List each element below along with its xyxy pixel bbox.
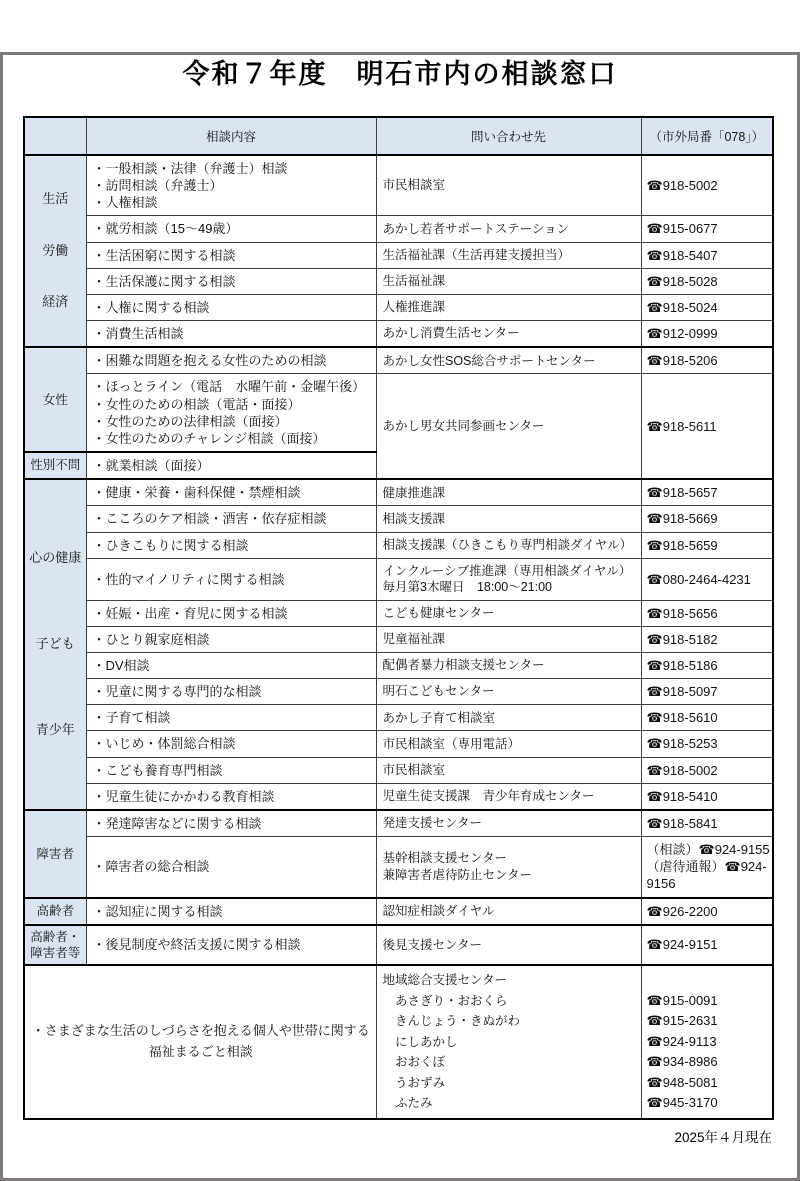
table-row: ・妊娠・出産・育児に関する相談 こども健康センター ☎918-5656	[24, 600, 773, 626]
phone-cell: ☎915-0677	[641, 216, 773, 242]
category-cell-women: 女性	[24, 347, 86, 452]
category-cell-elderly-disabled: 高齢者・ 障害者等	[24, 925, 86, 966]
content-cell: ・ほっとライン（電話 水曜午前・金曜午後） ・女性のための相談（電話・面接） ・…	[86, 374, 376, 452]
content-cell: ・いじめ・体罰総合相談	[86, 731, 376, 757]
table-row: 高齢者・ 障害者等 ・後見制度や終活支援に関する相談 後見支援センター ☎924…	[24, 925, 773, 966]
contact-cell: 基幹相談支援センター 兼障害者虐待防止センター	[376, 837, 641, 898]
table-row: ・児童に関する専門的な相談 明石こどもセンター ☎918-5097	[24, 679, 773, 705]
category-label: 心の健康	[29, 550, 81, 567]
phone-cell: ☎080-2464-4231	[641, 558, 773, 600]
category-label-group: 心の健康 子ども 青少年	[25, 480, 86, 809]
phone-cell: ☎918-5206	[641, 347, 773, 374]
content-cell: ・ひとり親家庭相談	[86, 626, 376, 652]
table-row: ・児童生徒にかかわる教育相談 児童生徒支援課 青少年育成センター ☎918-54…	[24, 783, 773, 810]
phone-cell: ☎918-5410	[641, 783, 773, 810]
header-phone-cell: （市外局番「078」）	[641, 117, 773, 155]
content-cell: ・発達障害などに関する相談	[86, 810, 376, 837]
contact-cell: 児童福祉課	[376, 626, 641, 652]
category-label: 経済	[42, 294, 68, 311]
contact-cell: 配偶者暴力相談支援センター	[376, 652, 641, 678]
category-label: 青少年	[36, 722, 75, 739]
category-cell-life-labor-economy: 生活 労働 経済	[24, 155, 86, 347]
contact-cell: あかし男女共同参画センター	[376, 374, 641, 479]
table-row: ・生活困窮に関する相談 生活福祉課（生活再建支援担当） ☎918-5407	[24, 242, 773, 268]
phone-cell: ☎918-5657	[641, 479, 773, 506]
phone-cell: ☎918-5253	[641, 731, 773, 757]
contact-cell: 市民相談室	[376, 757, 641, 783]
table-header-row: 相談内容 問い合わせ先 （市外局番「078」）	[24, 117, 773, 155]
phone-cell: ☎918-5097	[641, 679, 773, 705]
table-row: 高齢者 ・認知症に関する相談 認知症相談ダイヤル ☎926-2200	[24, 898, 773, 925]
table-row: ・さまざまな生活のしづらさを抱える個人や世帯に関する 福祉まるごと相談 地域総合…	[24, 965, 773, 1119]
category-cell-any-gender: 性別不問	[24, 452, 86, 479]
phone-cell: ☎918-5024	[641, 294, 773, 320]
table-row: ・障害者の総合相談 基幹相談支援センター 兼障害者虐待防止センター （相談）☎9…	[24, 837, 773, 898]
phone-cell: ☎918-5841	[641, 810, 773, 837]
contact-cell: 市民相談室	[376, 155, 641, 216]
contact-cell: 生活福祉課	[376, 268, 641, 294]
phone-cell: ☎918-5669	[641, 506, 773, 532]
category-label-group: 生活 労働 経済	[25, 156, 86, 346]
contact-cell: 生活福祉課（生活再建支援担当）	[376, 242, 641, 268]
phone-cell: ☎912-0999	[641, 321, 773, 348]
table-row: 女性 ・困難な問題を抱える女性のための相談 あかし女性SOS総合サポートセンター…	[24, 347, 773, 374]
phone-cell: ☎926-2200	[641, 898, 773, 925]
table-row: ・生活保護に関する相談 生活福祉課 ☎918-5028	[24, 268, 773, 294]
consultation-table: 相談内容 問い合わせ先 （市外局番「078」） 生活 労働 経済 ・一般相談・法…	[23, 116, 774, 1120]
contact-cell: 相談支援課	[376, 506, 641, 532]
contact-cell: 後見支援センター	[376, 925, 641, 966]
contact-cell: こども健康センター	[376, 600, 641, 626]
content-cell: ・生活保護に関する相談	[86, 268, 376, 294]
table-row: ・消費生活相談 あかし消費生活センター ☎912-0999	[24, 321, 773, 348]
content-cell: ・児童に関する専門的な相談	[86, 679, 376, 705]
table-row: ・こども養育専門相談 市民相談室 ☎918-5002	[24, 757, 773, 783]
phone-cell-regional-support-centers: ☎915-0091 ☎915-2631 ☎924-9113 ☎934-8986 …	[641, 965, 773, 1119]
content-cell: ・健康・栄養・歯科保健・禁煙相談	[86, 479, 376, 506]
content-cell: ・DV相談	[86, 652, 376, 678]
phone-cell: ☎918-5659	[641, 532, 773, 558]
table-row: 心の健康 子ども 青少年 ・健康・栄養・歯科保健・禁煙相談 健康推進課 ☎918…	[24, 479, 773, 506]
content-cell: ・子育て相談	[86, 705, 376, 731]
category-label: 子ども	[36, 636, 75, 653]
phone-cell: ☎918-5656	[641, 600, 773, 626]
content-cell: ・こども養育専門相談	[86, 757, 376, 783]
table-row: ・ひきこもりに関する相談 相談支援課（ひきこもり専門相談ダイヤル） ☎918-5…	[24, 532, 773, 558]
phone-cell: ☎918-5028	[641, 268, 773, 294]
contact-cell: 児童生徒支援課 青少年育成センター	[376, 783, 641, 810]
header-contact-cell: 問い合わせ先	[376, 117, 641, 155]
phone-cell: ☎918-5610	[641, 705, 773, 731]
contact-cell: 市民相談室（専用電話）	[376, 731, 641, 757]
contact-cell: あかし女性SOS総合サポートセンター	[376, 347, 641, 374]
content-cell: ・性的マイノリティに関する相談	[86, 558, 376, 600]
contact-cell: 人権推進課	[376, 294, 641, 320]
content-cell: ・児童生徒にかかわる教育相談	[86, 783, 376, 810]
phone-cell: ☎918-5002	[641, 757, 773, 783]
content-cell: ・消費生活相談	[86, 321, 376, 348]
contact-cell: 健康推進課	[376, 479, 641, 506]
contact-cell: 発達支援センター	[376, 810, 641, 837]
table-row: ・子育て相談 あかし子育て相談室 ☎918-5610	[24, 705, 773, 731]
table-row: ・こころのケア相談・酒害・依存症相談 相談支援課 ☎918-5669	[24, 506, 773, 532]
contact-cell: 相談支援課（ひきこもり専門相談ダイヤル）	[376, 532, 641, 558]
table-row: ・いじめ・体罰総合相談 市民相談室（専用電話） ☎918-5253	[24, 731, 773, 757]
table-row: ・性的マイノリティに関する相談 インクルーシブ推進課（専用相談ダイヤル） 毎月第…	[24, 558, 773, 600]
content-cell: ・後見制度や終活支援に関する相談	[86, 925, 376, 966]
contact-cell: あかし若者サポートステーション	[376, 216, 641, 242]
content-cell: ・一般相談・法律（弁護士）相談 ・訪問相談（弁護士） ・人権相談	[86, 155, 376, 216]
content-cell: ・ひきこもりに関する相談	[86, 532, 376, 558]
page-title: 令和７年度 明石市内の相談窓口	[0, 52, 800, 91]
phone-cell: ☎918-5182	[641, 626, 773, 652]
contact-cell-regional-support-centers: 地域総合支援センター あさぎり・おおくら きんじょう・きぬがわ にしあかし おお…	[376, 965, 641, 1119]
content-cell: ・人権に関する相談	[86, 294, 376, 320]
contact-cell: 認知症相談ダイヤル	[376, 898, 641, 925]
content-cell: ・妊娠・出産・育児に関する相談	[86, 600, 376, 626]
table-row: 障害者 ・発達障害などに関する相談 発達支援センター ☎918-5841	[24, 810, 773, 837]
table-row: ・就労相談（15～49歳） あかし若者サポートステーション ☎915-0677	[24, 216, 773, 242]
contact-cell: インクルーシブ推進課（専用相談ダイヤル） 毎月第3木曜日 18:00～21:00	[376, 558, 641, 600]
phone-cell: ☎918-5407	[641, 242, 773, 268]
category-cell-elderly: 高齢者	[24, 898, 86, 925]
content-cell: ・生活困窮に関する相談	[86, 242, 376, 268]
header-category-cell	[24, 117, 86, 155]
header-content-cell: 相談内容	[86, 117, 376, 155]
contact-cell: 明石こどもセンター	[376, 679, 641, 705]
category-label: 労働	[42, 243, 68, 260]
content-cell: ・こころのケア相談・酒害・依存症相談	[86, 506, 376, 532]
table-row: ・ひとり親家庭相談 児童福祉課 ☎918-5182	[24, 626, 773, 652]
phone-cell: （相談）☎924-9155 （虐待通報）☎924-9156	[641, 837, 773, 898]
table-row: ・ほっとライン（電話 水曜午前・金曜午後） ・女性のための相談（電話・面接） ・…	[24, 374, 773, 452]
content-cell-welfare-marugoto: ・さまざまな生活のしづらさを抱える個人や世帯に関する 福祉まるごと相談	[24, 965, 376, 1119]
category-cell-mental-child-youth: 心の健康 子ども 青少年	[24, 479, 86, 810]
phone-cell: ☎918-5611	[641, 374, 773, 479]
content-cell: ・認知症に関する相談	[86, 898, 376, 925]
category-label: 生活	[42, 191, 68, 208]
content-cell: ・就労相談（15～49歳）	[86, 216, 376, 242]
phone-cell: ☎918-5186	[641, 652, 773, 678]
content-cell: ・障害者の総合相談	[86, 837, 376, 898]
content-cell: ・困難な問題を抱える女性のための相談	[86, 347, 376, 374]
content-cell: ・就業相談（面接）	[86, 452, 376, 479]
phone-cell: ☎924-9151	[641, 925, 773, 966]
contact-cell: あかし子育て相談室	[376, 705, 641, 731]
contact-cell: あかし消費生活センター	[376, 321, 641, 348]
category-cell-disabled: 障害者	[24, 810, 86, 898]
table-row: ・DV相談 配偶者暴力相談支援センター ☎918-5186	[24, 652, 773, 678]
table-row: ・人権に関する相談 人権推進課 ☎918-5024	[24, 294, 773, 320]
table-row: 生活 労働 経済 ・一般相談・法律（弁護士）相談 ・訪問相談（弁護士） ・人権相…	[24, 155, 773, 216]
phone-cell: ☎918-5002	[641, 155, 773, 216]
